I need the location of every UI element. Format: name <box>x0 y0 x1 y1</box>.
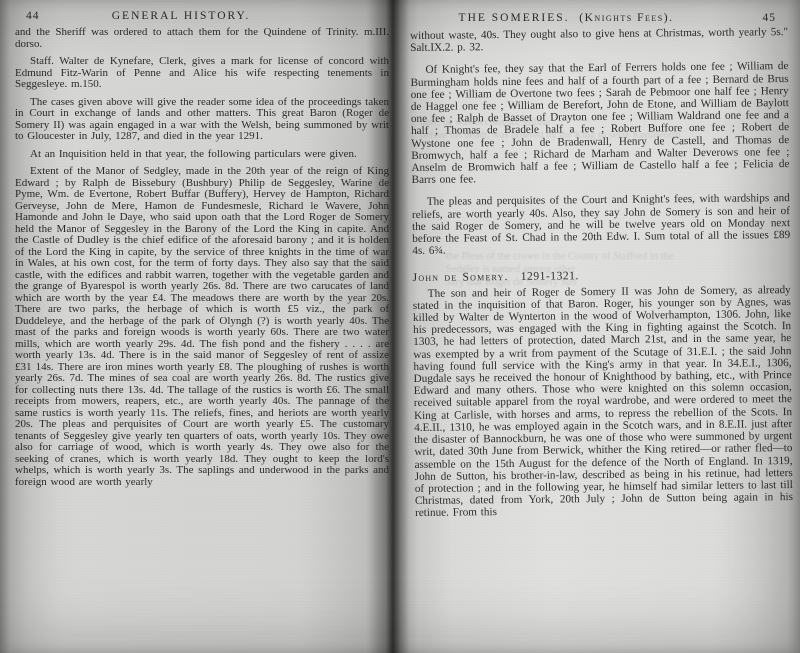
paragraph: Staff. Walter de Kynefare, Clerk, gives … <box>15 56 389 91</box>
paragraph-continuation: and the Sheriff was ordered to attach th… <box>15 27 389 50</box>
running-title-left: GENERAL HISTORY. <box>0 10 362 22</box>
page-right-body: without waste, 40s. They ought also to g… <box>410 26 793 529</box>
page-left: 44 GENERAL HISTORY. and the Sheriff was … <box>0 0 392 653</box>
paragraph-knights-fees: Of Knight's fee, they say that the Earl … <box>410 60 789 186</box>
paragraph: The cases given above will give the read… <box>15 97 389 143</box>
paragraph-extent-of-manor: Extent of the Manor of Sedgley, made in … <box>15 166 389 488</box>
paragraph-continuation: without waste, 40s. They ought also to g… <box>410 26 788 54</box>
page-number-right: 45 <box>763 12 777 24</box>
paragraph: At an Inquisition held in that year, the… <box>15 149 389 161</box>
section-heading-dates: 1291-1321. <box>521 270 579 284</box>
running-title-main: THE SOMERIES. <box>459 12 570 24</box>
book-spread: 44 GENERAL HISTORY. and the Sheriff was … <box>0 0 800 653</box>
paragraph-john-de-somery: The son and heir of Roger de Somery II w… <box>413 284 793 520</box>
page-left-body: and the Sheriff was ordered to attach th… <box>15 27 389 494</box>
section-heading: John de Somery.1291-1321. <box>413 268 791 284</box>
section-heading-name: John de Somery. <box>413 270 509 284</box>
running-title-right: THE SOMERIES. (Knights Fees). <box>392 12 740 24</box>
paragraph-pleas-perquisites: The pleas and perquisites of the Court a… <box>412 192 791 257</box>
running-title-sub: (Knights Fees). <box>579 12 673 24</box>
